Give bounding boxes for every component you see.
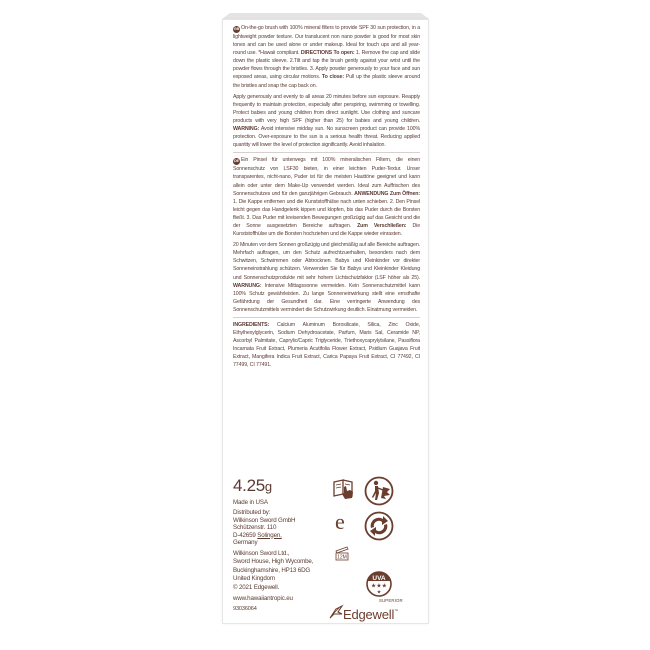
product-box-back: GBOn-the-go brush with 100% mineral filt… xyxy=(222,19,429,624)
english-usage-warning: Apply generously and evenly to all areas… xyxy=(233,93,420,150)
ingredients-list: INGREDIENTS: Calcium Aluminum Borosilica… xyxy=(233,321,420,370)
distributor-uk: Wilkinson Sword Ltd., Sword House, High … xyxy=(233,550,313,582)
language-badge-de-icon: DE xyxy=(233,158,240,165)
barcode-number: 93036064 xyxy=(233,606,257,614)
net-weight: 4.25g xyxy=(233,476,272,497)
svg-text:UVA: UVA xyxy=(372,575,386,582)
bottom-info-panel: 4.25g Made in USA Distributed by: Wilkin… xyxy=(233,476,420,621)
german-description: DEEin Pinsel für unterwegs mit 100% mine… xyxy=(233,156,420,238)
english-description: GBOn-the-go brush with 100% mineral filt… xyxy=(233,24,420,90)
svg-text:★★★: ★★★ xyxy=(371,583,387,590)
uva-superior-label: SUPERIOR xyxy=(379,598,403,603)
copyright: © 2021 Edgewell. xyxy=(233,584,279,592)
language-badge-gb-icon: GB xyxy=(233,26,240,33)
section-divider xyxy=(233,152,420,153)
svg-text:12M: 12M xyxy=(337,555,347,561)
text-panel: GBOn-the-go brush with 100% mineral filt… xyxy=(233,24,420,373)
estimated-quantity-e-icon: e xyxy=(335,511,345,533)
section-divider xyxy=(233,317,420,318)
distributor-germany: Distributed by: Wilkinson Sword GmbH Sch… xyxy=(233,509,295,547)
green-dot-recycle-icon xyxy=(364,511,394,546)
origin-text: Made in USA xyxy=(233,499,268,507)
tidyman-disposal-icon xyxy=(364,476,394,511)
period-after-opening-icon: 12M xyxy=(333,545,351,566)
edgewell-brand-logo: Edgewell™ xyxy=(343,607,398,622)
svg-text:★: ★ xyxy=(377,590,382,596)
german-usage-warning: 20 Minuten vor dem Sonnen großzügig und … xyxy=(233,241,420,314)
edgewell-logo-mark-icon xyxy=(328,604,344,625)
read-instructions-icon xyxy=(332,478,356,505)
website-link[interactable]: www.hawaiiantropic.eu xyxy=(233,595,293,603)
